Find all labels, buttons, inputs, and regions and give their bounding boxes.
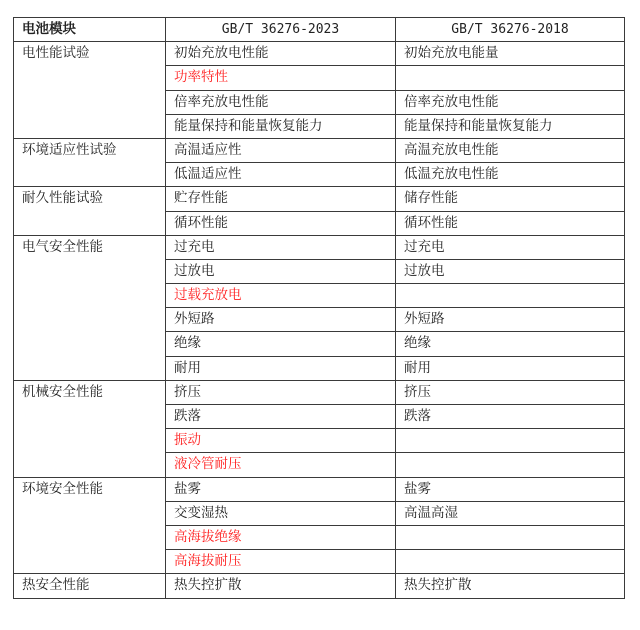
header-standard-2023: GB/T 36276-2023 <box>166 18 396 42</box>
item-2018 <box>396 453 625 477</box>
item-2018 <box>396 525 625 549</box>
item-2023: 高温适应性 <box>166 138 396 162</box>
item-2018: 绝缘 <box>396 332 625 356</box>
header-standard-2018: GB/T 36276-2018 <box>396 18 625 42</box>
item-2018: 倍率充放电性能 <box>396 90 625 114</box>
table-row: 环境适应性试验高温适应性高温充放电性能 <box>14 138 625 162</box>
document-page: 电池模块 GB/T 36276-2023 GB/T 36276-2018 电性能… <box>13 17 625 599</box>
item-2023: 跌落 <box>166 405 396 429</box>
item-2018 <box>396 429 625 453</box>
category-cell: 机械安全性能 <box>14 380 166 477</box>
item-2023-new: 高海拔绝缘 <box>166 525 396 549</box>
item-2018 <box>396 66 625 90</box>
table-body: 电性能试验初始充放电性能初始充放电能量功率特性倍率充放电性能倍率充放电性能能量保… <box>14 42 625 598</box>
header-row: 电池模块 GB/T 36276-2023 GB/T 36276-2018 <box>14 18 625 42</box>
item-2023: 贮存性能 <box>166 187 396 211</box>
item-2018: 循环性能 <box>396 211 625 235</box>
item-2018: 能量保持和能量恢复能力 <box>396 114 625 138</box>
item-2018: 盐雾 <box>396 477 625 501</box>
item-2023: 盐雾 <box>166 477 396 501</box>
item-2023: 过放电 <box>166 259 396 283</box>
table-row: 环境安全性能盐雾盐雾 <box>14 477 625 501</box>
item-2023-new: 高海拔耐压 <box>166 550 396 574</box>
item-2023-new: 液冷管耐压 <box>166 453 396 477</box>
item-2023: 挤压 <box>166 380 396 404</box>
standards-comparison-table: 电池模块 GB/T 36276-2023 GB/T 36276-2018 电性能… <box>13 17 625 599</box>
item-2018: 热失控扩散 <box>396 574 625 598</box>
table-row: 耐久性能试验贮存性能储存性能 <box>14 187 625 211</box>
table-row: 热安全性能热失控扩散热失控扩散 <box>14 574 625 598</box>
item-2023: 倍率充放电性能 <box>166 90 396 114</box>
category-cell: 电性能试验 <box>14 42 166 139</box>
item-2023-new: 功率特性 <box>166 66 396 90</box>
item-2023: 初始充放电性能 <box>166 42 396 66</box>
item-2023: 绝缘 <box>166 332 396 356</box>
item-2023: 耐用 <box>166 356 396 380</box>
item-2018: 耐用 <box>396 356 625 380</box>
table-row: 电性能试验初始充放电性能初始充放电能量 <box>14 42 625 66</box>
item-2023-new: 过载充放电 <box>166 284 396 308</box>
header-battery-module: 电池模块 <box>14 18 166 42</box>
table-row: 机械安全性能挤压挤压 <box>14 380 625 404</box>
item-2018: 初始充放电能量 <box>396 42 625 66</box>
item-2023: 低温适应性 <box>166 163 396 187</box>
item-2018: 高温高湿 <box>396 501 625 525</box>
table-row: 电气安全性能过充电过充电 <box>14 235 625 259</box>
item-2023: 过充电 <box>166 235 396 259</box>
item-2018: 外短路 <box>396 308 625 332</box>
category-cell: 耐久性能试验 <box>14 187 166 235</box>
category-cell: 环境安全性能 <box>14 477 166 574</box>
item-2023-new: 振动 <box>166 429 396 453</box>
item-2018: 储存性能 <box>396 187 625 211</box>
item-2018 <box>396 550 625 574</box>
item-2023: 循环性能 <box>166 211 396 235</box>
item-2018: 高温充放电性能 <box>396 138 625 162</box>
item-2018: 低温充放电性能 <box>396 163 625 187</box>
item-2023: 热失控扩散 <box>166 574 396 598</box>
item-2018: 过充电 <box>396 235 625 259</box>
item-2018: 过放电 <box>396 259 625 283</box>
item-2018 <box>396 284 625 308</box>
item-2018: 跌落 <box>396 405 625 429</box>
item-2018: 挤压 <box>396 380 625 404</box>
category-cell: 电气安全性能 <box>14 235 166 380</box>
item-2023: 交变湿热 <box>166 501 396 525</box>
item-2023: 能量保持和能量恢复能力 <box>166 114 396 138</box>
category-cell: 环境适应性试验 <box>14 138 166 186</box>
category-cell: 热安全性能 <box>14 574 166 598</box>
item-2023: 外短路 <box>166 308 396 332</box>
